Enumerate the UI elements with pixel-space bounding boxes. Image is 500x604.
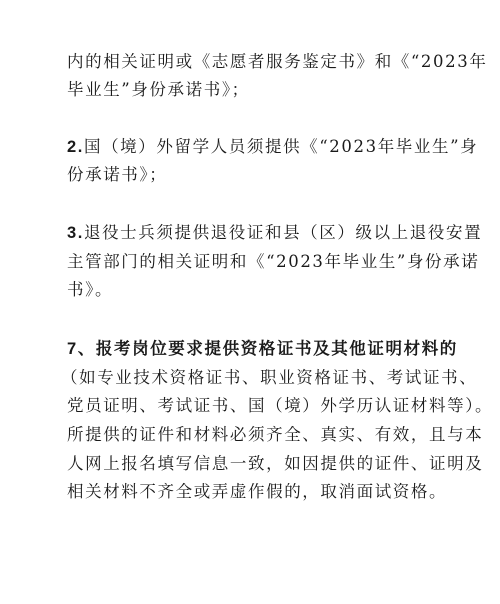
text-line: 2.国（境）外留学人员须提供《“2023年毕业生”身 — [67, 136, 478, 158]
line-text: 人网上报名填写信息一致，如因提供的证件、证明及 — [67, 454, 483, 473]
line-text: 国（境）外留学人员须提供《“2023年毕业生”身 — [84, 137, 478, 156]
text-line: 书》。 — [67, 279, 113, 301]
line-text: 退役士兵须提供退役证和县（区）级以上退役安置 — [84, 223, 482, 242]
text-line: 3.退役士兵须提供退役证和县（区）级以上退役安置 — [67, 222, 482, 244]
line-text: 党员证明、考试证书、国（境）外学历认证材料等）。 — [67, 396, 493, 415]
text-line: 毕业生”身份承诺书》； — [67, 79, 250, 101]
text-line: 相关材料不齐全或弄虚作假的，取消面试资格。 — [67, 481, 447, 503]
line-text: 书》。 — [67, 280, 113, 299]
text-line: 内的相关证明或《志愿者服务鉴定书》和《“2023年 — [67, 51, 487, 73]
line-text: （如专业技术资格证书、职业资格证书、考试证书、 — [61, 368, 477, 387]
text-line: 党员证明、考试证书、国（境）外学历认证材料等）。 — [67, 395, 493, 417]
line-text-heading: 报考岗位要求提供资格证书及其他证明材料的 — [96, 339, 458, 358]
text-line: 7、报考岗位要求提供资格证书及其他证明材料的 — [67, 338, 458, 360]
text-line: 所提供的证件和材料必须齐全、真实、有效，且与本 — [67, 424, 483, 446]
line-text: 毕业生”身份承诺书》； — [67, 80, 250, 99]
item-number: 7、 — [67, 340, 96, 358]
line-text: 内的相关证明或《志愿者服务鉴定书》和《“2023年 — [67, 52, 487, 71]
item-number: 3. — [67, 224, 84, 242]
line-text: 份承诺书》； — [67, 165, 167, 184]
text-line: （如专业技术资格证书、职业资格证书、考试证书、 — [61, 367, 477, 389]
line-text: 主管部门的相关证明和《“2023年毕业生”身份承诺 — [67, 252, 479, 271]
item-number: 2. — [67, 138, 84, 156]
text-line: 人网上报名填写信息一致，如因提供的证件、证明及 — [67, 453, 483, 475]
text-line: 份承诺书》； — [67, 164, 167, 186]
text-line: 主管部门的相关证明和《“2023年毕业生”身份承诺 — [67, 251, 479, 273]
line-text: 所提供的证件和材料必须齐全、真实、有效，且与本 — [67, 425, 483, 444]
line-text: 相关材料不齐全或弄虚作假的，取消面试资格。 — [67, 482, 447, 501]
